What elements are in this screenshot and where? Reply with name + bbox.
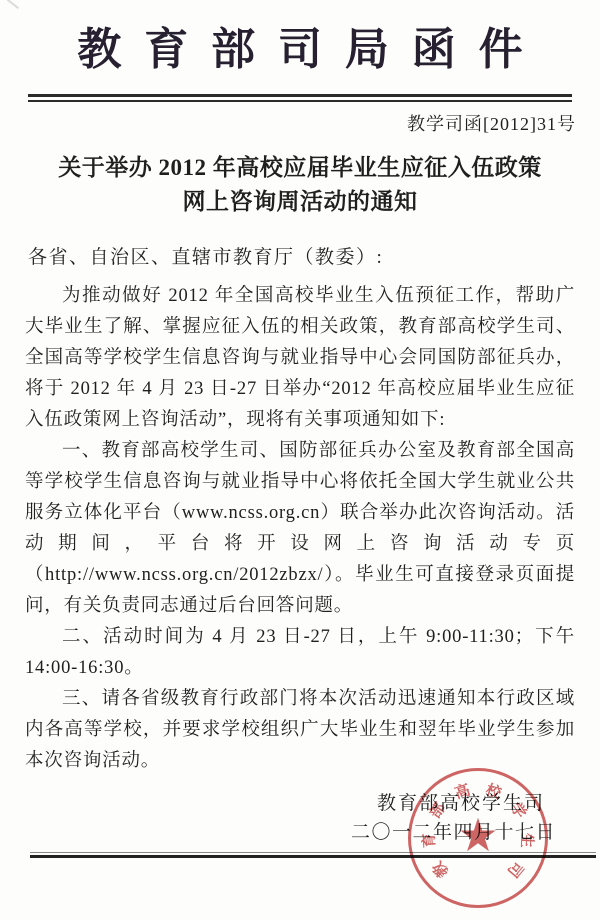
body-text: 为推动做好 2012 年全国高校毕业生入伍预征工作，帮助广大毕业生了解、掌握应征… xyxy=(0,281,600,777)
seal-ring-char: 教 xyxy=(426,858,451,883)
scan-artifact-mark xyxy=(7,0,19,9)
signature-date: 二〇一二年四月十七日 xyxy=(351,820,556,845)
document-number: 教学司函[2012]31号 xyxy=(0,112,576,136)
scanned-letter-page: 教育部司局函件 教学司函[2012]31号 关于举办 2012 年高校应届毕业生… xyxy=(0,0,600,920)
document-title-line2: 网上咨询周活动的通知 xyxy=(0,185,600,219)
header-double-rule xyxy=(28,94,572,102)
signature-department: 教育部高校学生司 xyxy=(377,791,545,816)
document-title: 关于举办 2012 年高校应届毕业生应征入伍政策 网上咨询周活动的通知 xyxy=(0,151,600,219)
body-paragraph: 一、教育部高校学生司、国防部征兵办公室及教育部全国高等学校学生信息咨询与就业指导… xyxy=(25,436,575,622)
salutation: 各省、自治区、直辖市教育厅（教委）: xyxy=(28,246,575,270)
body-paragraph: 三、请各省级教育行政部门将本次活动迅速通知本行政区域内各高等学校，并要求学校组织… xyxy=(25,684,575,777)
seal-ring-char: 司 xyxy=(504,858,529,883)
letterhead-title: 教育部司局函件 xyxy=(0,24,600,76)
body-paragraph: 二、活动时间为 4 月 23 日-27 日，上午 9:00-11:30；下午 1… xyxy=(25,622,575,684)
footer-double-rule xyxy=(30,852,596,858)
document-title-line1: 关于举办 2012 年高校应届毕业生应征入伍政策 xyxy=(0,151,600,185)
body-paragraph: 为推动做好 2012 年全国高校毕业生入伍预征工作，帮助广大毕业生了解、掌握应征… xyxy=(25,281,575,436)
